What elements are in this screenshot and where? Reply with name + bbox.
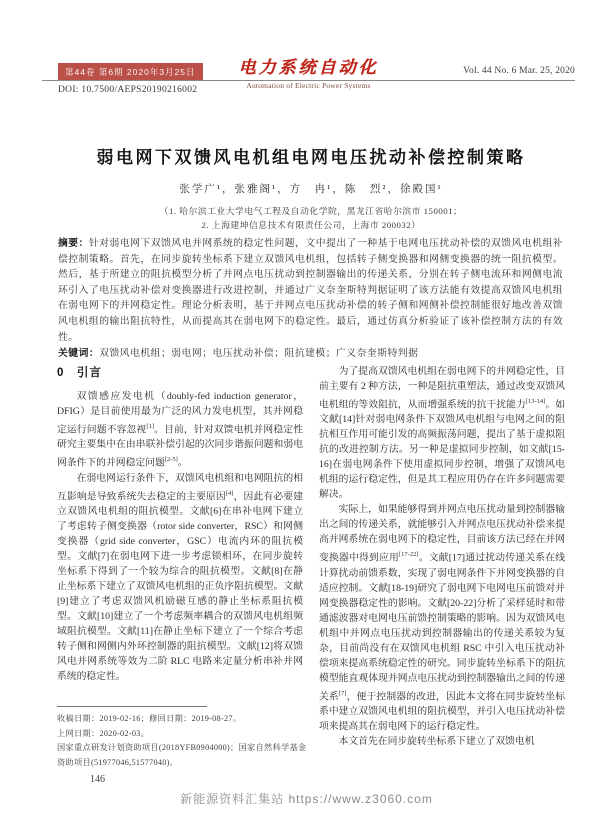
left-column: 0 引言 双馈感应发电机（doubly-fed induction genera…: [57, 364, 303, 765]
paper-title: 弱电网下双馈风电机组电网电压扰动补偿控制策略: [57, 143, 565, 168]
footnote-funding: 国家重点研发计划资助项目(2018YFB0904000)；国家自然科学基金资助项…: [57, 741, 307, 770]
doi-text: DOI: 10.7500/AEPS20190216002: [58, 85, 197, 95]
body-columns: 0 引言 双馈感应发电机（doubly-fed induction genera…: [57, 364, 565, 765]
affiliation: （1. 哈尔滨工业大学电气工程及自动化学院，黑龙江省哈尔滨市 150001； 2…: [57, 204, 565, 232]
paragraph: 本文首先在同步旋转坐标系下建立了双馈电机: [319, 734, 565, 749]
author-line: 张学广¹，张雅阁¹，方 冉¹，陈 烈²，徐殿国¹: [57, 181, 565, 196]
affiliation-line-2: 2. 上海建坤信息技术有限责任公司，上海市 200032）: [57, 218, 565, 232]
paragraph: 实际上，如果能够得到并网点电压扰动量到控制器输出之间的传递关系，就能够引入并网点…: [319, 502, 565, 734]
abstract: 摘要：针对弱电网下双馈风电并网系统的稳定性问题，文中提出了一种基于电网电压扰动补…: [58, 236, 563, 345]
paragraph: 为了提高双馈风电机组在弱电网下的并网稳定性，目前主要有 2 种方法，一种是阻抗重…: [319, 364, 565, 502]
affiliation-line-1: （1. 哈尔滨工业大学电气工程及自动化学院，黑龙江省哈尔滨市 150001；: [57, 204, 565, 218]
keywords-label: 关键词：: [58, 348, 99, 359]
abstract-label: 摘要：: [58, 238, 89, 249]
footnote-divider: [57, 706, 207, 707]
journal-logo-chinese: 电力系统自动化: [233, 58, 385, 78]
keywords: 关键词：双馈风电机组；弱电网；电压扰动补偿；阻抗建模；广义奈奎斯特判据: [58, 345, 563, 359]
title-block: 弱电网下双馈风电机组电网电压扰动补偿控制策略 张学广¹，张雅阁¹，方 冉¹，陈 …: [57, 143, 565, 232]
paper-page: 第44卷 第6期 2020年3月25日 DOI: 10.7500/AEPS201…: [0, 0, 613, 825]
issue-date-badge: 第44卷 第6期 2020年3月25日: [58, 63, 203, 80]
paragraph: 双馈感应发电机（doubly-fed induction generator，D…: [57, 389, 303, 471]
footnote-received-date: 收稿日期：2019-02-16；修回日期：2019-08-27。: [57, 712, 307, 727]
footnote-online-date: 上网日期：2020-02-03。: [57, 727, 307, 742]
right-column: 为了提高双馈风电机组在弱电网下的并网稳定性，目前主要有 2 种方法，一种是阻抗重…: [319, 364, 565, 765]
watermark-text: 新能源资料汇集站 https://www.z3060.com: [0, 790, 613, 807]
abstract-text: 针对弱电网下双馈风电并网系统的稳定性问题，文中提出了一种基于电网电压扰动补偿的双…: [58, 238, 563, 343]
section-heading-introduction: 0 引言: [57, 366, 303, 381]
journal-logo-english: Automation of Electric Power Systems: [199, 81, 419, 90]
keywords-text: 双馈风电机组；弱电网；电压扰动补偿；阻抗建模；广义奈奎斯特判据: [99, 348, 418, 359]
journal-logo: 电力系统自动化 Automation of Electric Power Sys…: [199, 58, 419, 90]
volume-issue-date-en: Vol. 44 No. 6 Mar. 25, 2020: [463, 66, 575, 76]
footnote: 收稿日期：2019-02-16；修回日期：2019-08-27。 上网日期：20…: [57, 706, 307, 770]
journal-header: 第44卷 第6期 2020年3月25日 DOI: 10.7500/AEPS201…: [42, 58, 575, 108]
page-number: 146: [90, 774, 105, 785]
paragraph: 在弱电网运行条件下，双馈风电机组和电网阻抗的相互影响是导致系统失去稳定的主要原因…: [57, 471, 303, 684]
